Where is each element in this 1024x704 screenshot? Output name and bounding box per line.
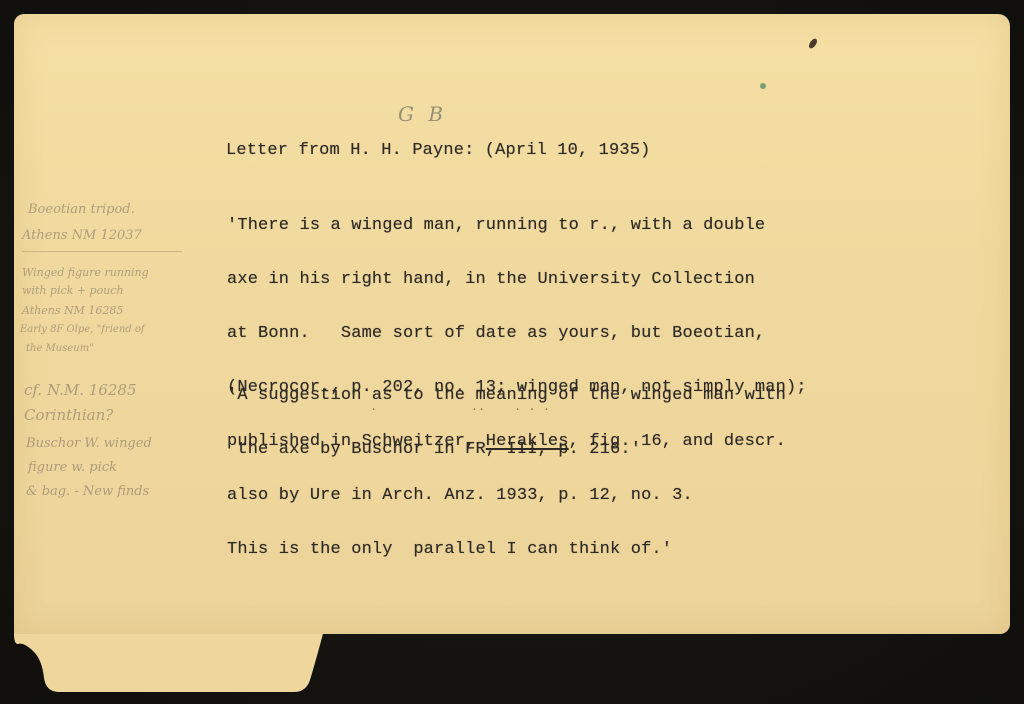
margin-note: the Museum" xyxy=(26,344,94,354)
margin-note: & bag. - New finds xyxy=(26,485,149,498)
margin-note: Boeotian tripod. xyxy=(28,203,135,216)
margin-note: Winged figure running xyxy=(22,267,149,278)
margin-note: Athens NM 16285 xyxy=(22,305,123,316)
quote-paragraph-2: 'A suggestion as to the meaning of the w… xyxy=(227,351,786,495)
quote-line: This is the only parallel I can think of… xyxy=(227,541,807,559)
margin-divider xyxy=(22,251,182,252)
margin-note: with pick + pouch xyxy=(22,285,124,296)
letter-heading: Letter from H. H. Payne: (April 10, 1935… xyxy=(226,142,650,160)
margin-note: cf. N.M. 16285 xyxy=(24,383,137,398)
margin-note: figure w. pick xyxy=(28,461,117,474)
quote-line: 'There is a winged man, running to r., w… xyxy=(227,217,807,235)
quote-line: axe in his right hand, in the University… xyxy=(227,271,807,289)
quote-line: the axe by Buschor in FR, III, p. 216.' xyxy=(227,441,786,459)
stray-marks: . .. . . . xyxy=(370,400,550,414)
green-speck xyxy=(760,83,766,89)
margin-note: Corinthian? xyxy=(24,408,113,423)
margin-note: Early 8F Olpe, "friend of xyxy=(20,325,145,335)
quote-line: at Bonn. Same sort of date as yours, but… xyxy=(227,325,807,343)
handwritten-initials: G B xyxy=(398,102,447,126)
margin-note: Athens NM 12037 xyxy=(22,229,142,242)
margin-note: Buschor W. winged xyxy=(26,437,152,450)
scanned-index-card-scene: G B Boeotian tripod. Athens NM 12037 Win… xyxy=(0,0,1024,704)
